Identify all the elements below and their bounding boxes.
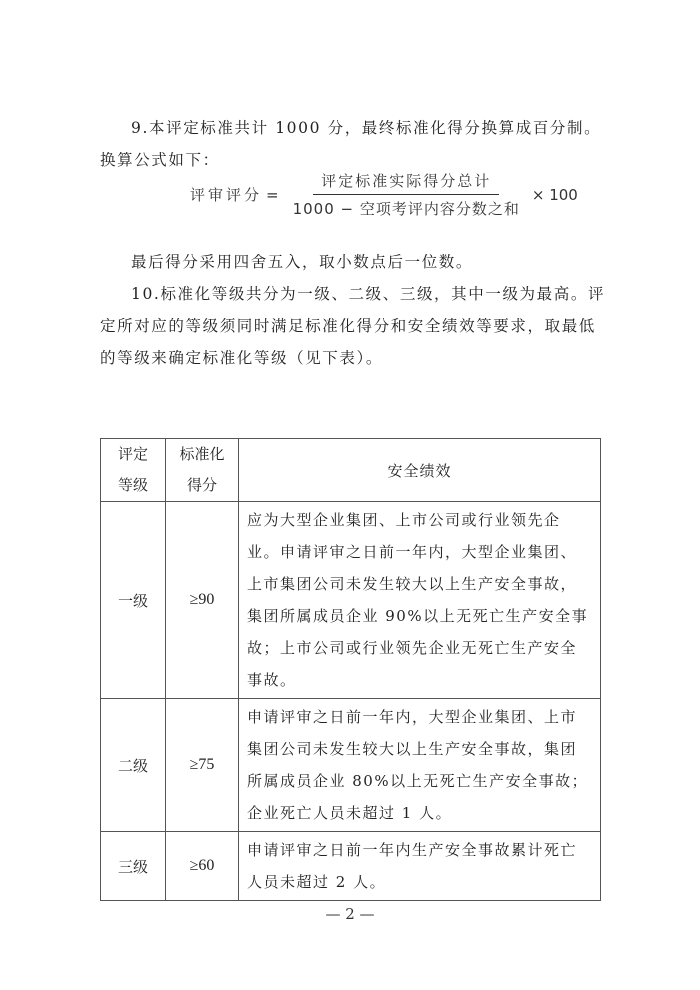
table-row: 一级 ≥90 应为大型企业集团、上市公司或行业领先企业。申请评审之日前一年内，大… bbox=[101, 502, 601, 699]
cell-score: ≥75 bbox=[166, 699, 239, 832]
paragraph-10: 10.标准化等级共分为一级、二级、三级，其中一级为最高。评定所对应的等级须同时满… bbox=[100, 278, 610, 374]
table-row: 二级 ≥75 申请评审之日前一年内，大型企业集团、上市集团公司未发生较大以上生产… bbox=[101, 699, 601, 832]
formula-lhs: 评审评分 bbox=[190, 184, 262, 205]
score-formula: 评审评分 = 评定标准实际得分总计 1000 − 空项考评内容分数之和 × 10… bbox=[190, 170, 578, 219]
cell-grade: 一级 bbox=[101, 502, 166, 699]
header-grade-line2: 等级 bbox=[101, 470, 165, 501]
formula-fraction: 评定标准实际得分总计 1000 − 空项考评内容分数之和 bbox=[285, 170, 528, 219]
header-score-line2: 得分 bbox=[166, 470, 238, 501]
header-grade-line1: 评定 bbox=[101, 439, 165, 470]
formula-numerator: 评定标准实际得分总计 bbox=[313, 170, 499, 195]
header-score: 标准化 得分 bbox=[166, 439, 239, 502]
cell-grade: 三级 bbox=[101, 832, 166, 901]
formula-multiplier: × 100 bbox=[532, 186, 578, 204]
cell-grade: 二级 bbox=[101, 699, 166, 832]
cell-score: ≥90 bbox=[166, 502, 239, 699]
table-header-row: 评定 等级 标准化 得分 安全绩效 bbox=[101, 439, 601, 502]
cell-performance: 申请评审之日前一年内生产安全事故累计死亡人员未超过 2 人。 bbox=[239, 832, 601, 901]
header-performance: 安全绩效 bbox=[239, 439, 601, 502]
cell-score: ≥60 bbox=[166, 832, 239, 901]
paragraph-rounding: 最后得分采用四舍五入，取小数点后一位数。 bbox=[100, 246, 610, 278]
cell-performance: 应为大型企业集团、上市公司或行业领先企业。申请评审之日前一年内，大型企业集团、上… bbox=[239, 502, 601, 699]
formula-equals: = bbox=[266, 186, 279, 204]
table-row: 三级 ≥60 申请评审之日前一年内生产安全事故累计死亡人员未超过 2 人。 bbox=[101, 832, 601, 901]
formula-denominator: 1000 − 空项考评内容分数之和 bbox=[285, 195, 528, 219]
paragraph-9: 9.本评定标准共计 1000 分，最终标准化得分换算成百分制。换算公式如下： bbox=[100, 112, 610, 176]
cell-performance: 申请评审之日前一年内，大型企业集团、上市集团公司未发生较大以上生产安全事故，集团… bbox=[239, 699, 601, 832]
header-score-line1: 标准化 bbox=[166, 439, 238, 470]
header-grade: 评定 等级 bbox=[101, 439, 166, 502]
grade-table: 评定 等级 标准化 得分 安全绩效 一级 ≥90 应为大型企业集团、上市公司或行… bbox=[100, 438, 601, 901]
page-number: — 2 — bbox=[0, 905, 700, 923]
